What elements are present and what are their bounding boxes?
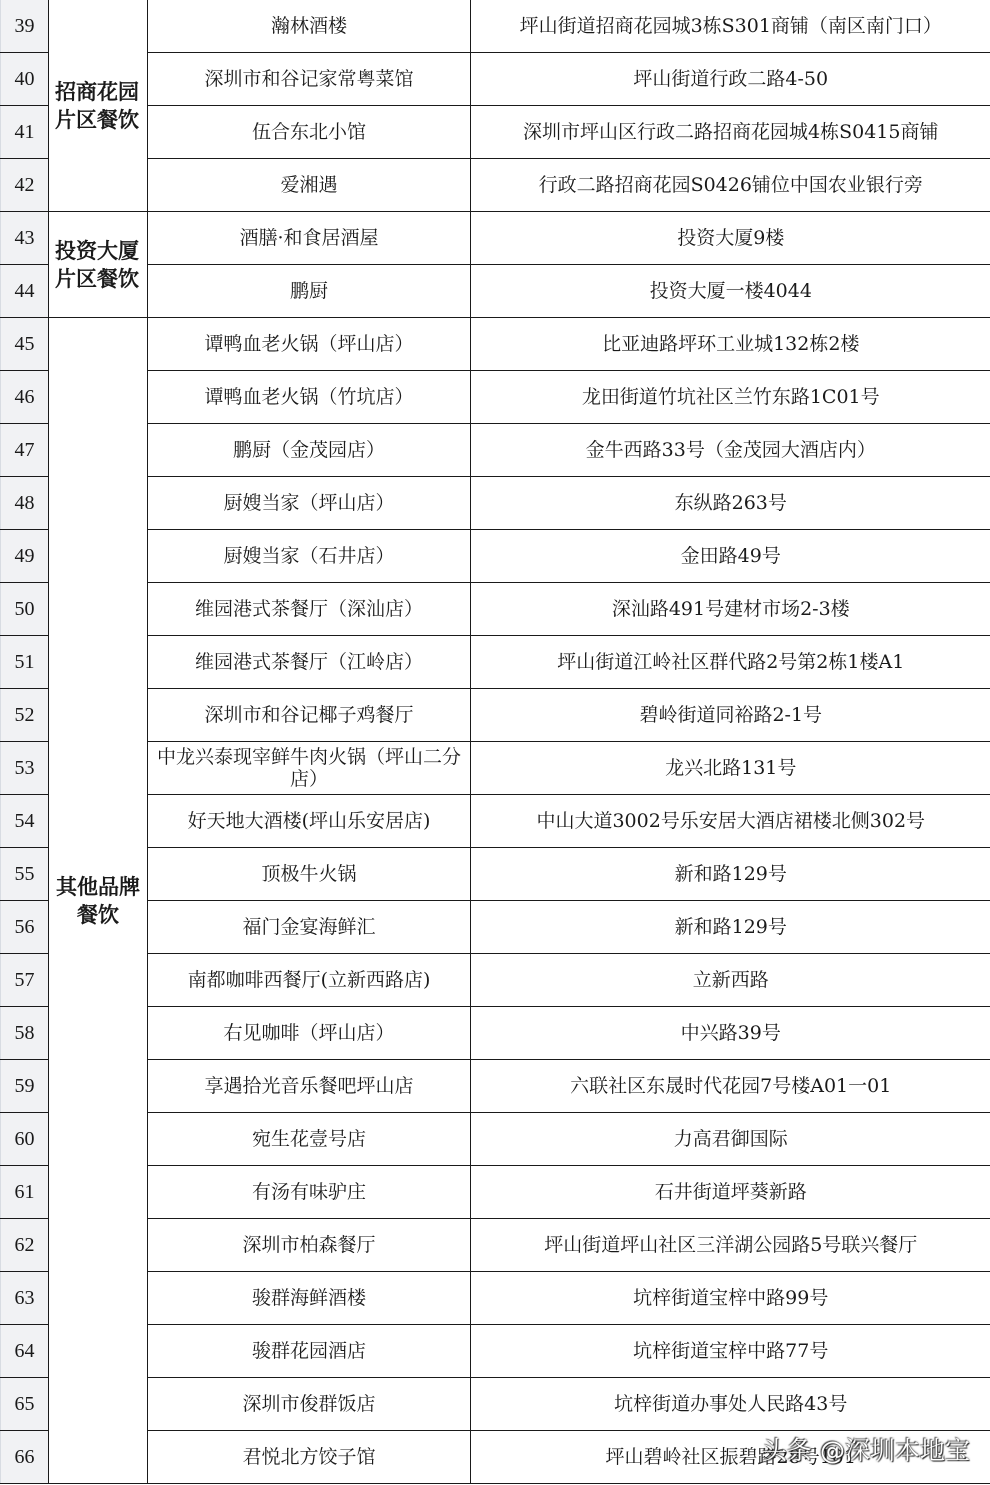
- restaurant-address: 力高君御国际: [471, 1113, 990, 1166]
- restaurant-address: 坪山街道行政二路4-50: [471, 53, 990, 106]
- table-row: 42 爱湘遇 行政二路招商花园S0426铺位中国农业银行旁: [1, 159, 990, 212]
- restaurant-name: 中龙兴泰现宰鲜牛肉火锅（坪山二分店）: [148, 742, 471, 795]
- row-number: 47: [1, 424, 49, 477]
- row-number: 53: [1, 742, 49, 795]
- restaurant-name: 深圳市和谷记家常粤菜馆: [148, 53, 471, 106]
- category-cell: 投资大厦片区餐饮: [49, 212, 148, 318]
- table-row: 41 伍合东北小馆 深圳市坪山区行政二路招商花园城4栋S0415商铺: [1, 106, 990, 159]
- row-number: 58: [1, 1007, 49, 1060]
- row-number: 63: [1, 1272, 49, 1325]
- restaurant-name: 谭鸭血老火锅（竹坑店）: [148, 371, 471, 424]
- restaurant-address: 龙兴北路131号: [471, 742, 990, 795]
- restaurant-list-table: 39 招商花园片区餐饮 瀚林酒楼 坪山街道招商花园城3栋S301商铺（南区南门口…: [0, 0, 990, 1484]
- table-row: 53 中龙兴泰现宰鲜牛肉火锅（坪山二分店） 龙兴北路131号: [1, 742, 990, 795]
- table-row: 39 招商花园片区餐饮 瀚林酒楼 坪山街道招商花园城3栋S301商铺（南区南门口…: [1, 0, 990, 53]
- table-row: 57 南都咖啡西餐厅(立新西路店) 立新西路: [1, 954, 990, 1007]
- restaurant-name: 福门金宴海鲜汇: [148, 901, 471, 954]
- restaurant-name: 深圳市柏森餐厅: [148, 1219, 471, 1272]
- row-number: 51: [1, 636, 49, 689]
- restaurant-address: 坪山街道坪山社区三洋湖公园路5号联兴餐厅: [471, 1219, 990, 1272]
- table-row: 44 鹏厨 投资大厦一楼4044: [1, 265, 990, 318]
- restaurant-address: 石井街道坪葵新路: [471, 1166, 990, 1219]
- table-row: 48 厨嫂当家（坪山店） 东纵路263号: [1, 477, 990, 530]
- row-number: 65: [1, 1378, 49, 1431]
- row-number: 61: [1, 1166, 49, 1219]
- restaurant-address: 金田路49号: [471, 530, 990, 583]
- restaurant-name: 酒膳·和食居酒屋: [148, 212, 471, 265]
- table-row: 54 好天地大酒楼(坪山乐安居店) 中山大道3002号乐安居大酒店裙楼北侧302…: [1, 795, 990, 848]
- row-number: 62: [1, 1219, 49, 1272]
- row-number: 43: [1, 212, 49, 265]
- restaurant-address: 东纵路263号: [471, 477, 990, 530]
- restaurant-address: 龙田街道竹坑社区兰竹东路1C01号: [471, 371, 990, 424]
- restaurant-name: 骏群海鲜酒楼: [148, 1272, 471, 1325]
- restaurant-address: 新和路129号: [471, 901, 990, 954]
- row-number: 56: [1, 901, 49, 954]
- restaurant-name: 瀚林酒楼: [148, 0, 471, 53]
- table-row: 62 深圳市柏森餐厅 坪山街道坪山社区三洋湖公园路5号联兴餐厅: [1, 1219, 990, 1272]
- table-row: 56 福门金宴海鲜汇 新和路129号: [1, 901, 990, 954]
- restaurant-address: 坑梓街道办事处人民路43号: [471, 1378, 990, 1431]
- category-cell: 其他品牌餐饮: [49, 318, 148, 1484]
- restaurant-name: 顶极牛火锅: [148, 848, 471, 901]
- row-number: 54: [1, 795, 49, 848]
- table-row: 52 深圳市和谷记椰子鸡餐厅 碧岭街道同裕路2-1号: [1, 689, 990, 742]
- restaurant-name: 南都咖啡西餐厅(立新西路店): [148, 954, 471, 1007]
- restaurant-address: 坑梓街道宝梓中路77号: [471, 1325, 990, 1378]
- restaurant-name: 鹏厨: [148, 265, 471, 318]
- row-number: 64: [1, 1325, 49, 1378]
- restaurant-address: 坪山街道江岭社区群代路2号第2栋1楼A1: [471, 636, 990, 689]
- table-row: 51 维园港式茶餐厅（江岭店） 坪山街道江岭社区群代路2号第2栋1楼A1: [1, 636, 990, 689]
- table-row: 59 享遇拾光音乐餐吧坪山店 六联社区东晟时代花园7号楼A01一01: [1, 1060, 990, 1113]
- restaurant-name: 爱湘遇: [148, 159, 471, 212]
- restaurant-address: 碧岭街道同裕路2-1号: [471, 689, 990, 742]
- restaurant-address: 坪山街道招商花园城3栋S301商铺（南区南门口）: [471, 0, 990, 53]
- category-cell: 招商花园片区餐饮: [49, 0, 148, 212]
- restaurant-address: 深圳市坪山区行政二路招商花园城4栋S0415商铺: [471, 106, 990, 159]
- table-row: 63 骏群海鲜酒楼 坑梓街道宝梓中路99号: [1, 1272, 990, 1325]
- table-row: 46 谭鸭血老火锅（竹坑店） 龙田街道竹坑社区兰竹东路1C01号: [1, 371, 990, 424]
- table-row: 65 深圳市俊群饭店 坑梓街道办事处人民路43号: [1, 1378, 990, 1431]
- restaurant-address: 行政二路招商花园S0426铺位中国农业银行旁: [471, 159, 990, 212]
- restaurant-address: 投资大厦一楼4044: [471, 265, 990, 318]
- row-number: 66: [1, 1431, 49, 1484]
- restaurant-name: 好天地大酒楼(坪山乐安居店): [148, 795, 471, 848]
- restaurant-name: 骏群花园酒店: [148, 1325, 471, 1378]
- row-number: 45: [1, 318, 49, 371]
- restaurant-name: 鹏厨（金茂园店）: [148, 424, 471, 477]
- restaurant-address: 金牛西路33号（金茂园大酒店内）: [471, 424, 990, 477]
- restaurant-name: 伍合东北小馆: [148, 106, 471, 159]
- row-number: 60: [1, 1113, 49, 1166]
- restaurant-name: 宛生花壹号店: [148, 1113, 471, 1166]
- table-row: 40 深圳市和谷记家常粤菜馆 坪山街道行政二路4-50: [1, 53, 990, 106]
- restaurant-name: 谭鸭血老火锅（坪山店）: [148, 318, 471, 371]
- restaurant-address: 立新西路: [471, 954, 990, 1007]
- restaurant-name: 有汤有味驴庄: [148, 1166, 471, 1219]
- row-number: 59: [1, 1060, 49, 1113]
- table-row: 49 厨嫂当家（石井店） 金田路49号: [1, 530, 990, 583]
- restaurant-address: 坑梓街道宝梓中路99号: [471, 1272, 990, 1325]
- row-number: 42: [1, 159, 49, 212]
- row-number: 48: [1, 477, 49, 530]
- source-watermark: 头条 @深圳本地宝: [762, 1431, 970, 1467]
- table-row: 55 顶极牛火锅 新和路129号: [1, 848, 990, 901]
- restaurant-name: 君悦北方饺子馆: [148, 1431, 471, 1484]
- table-row: 47 鹏厨（金茂园店） 金牛西路33号（金茂园大酒店内）: [1, 424, 990, 477]
- restaurant-name: 维园港式茶餐厅（江岭店）: [148, 636, 471, 689]
- restaurant-name: 享遇拾光音乐餐吧坪山店: [148, 1060, 471, 1113]
- restaurant-name: 深圳市和谷记椰子鸡餐厅: [148, 689, 471, 742]
- restaurant-name: 厨嫂当家（石井店）: [148, 530, 471, 583]
- restaurant-address: 比亚迪路坪环工业城132栋2楼: [471, 318, 990, 371]
- table-row: 58 右见咖啡（坪山店） 中兴路39号: [1, 1007, 990, 1060]
- restaurant-address: 新和路129号: [471, 848, 990, 901]
- table-row: 45 其他品牌餐饮 谭鸭血老火锅（坪山店） 比亚迪路坪环工业城132栋2楼: [1, 318, 990, 371]
- restaurant-address: 投资大厦9楼: [471, 212, 990, 265]
- category-label: 其他品牌餐饮: [53, 873, 143, 929]
- table-body: 39 招商花园片区餐饮 瀚林酒楼 坪山街道招商花园城3栋S301商铺（南区南门口…: [1, 0, 990, 1484]
- row-number: 50: [1, 583, 49, 636]
- table-row: 64 骏群花园酒店 坑梓街道宝梓中路77号: [1, 1325, 990, 1378]
- table-row: 61 有汤有味驴庄 石井街道坪葵新路: [1, 1166, 990, 1219]
- restaurant-address: 六联社区东晟时代花园7号楼A01一01: [471, 1060, 990, 1113]
- row-number: 40: [1, 53, 49, 106]
- row-number: 49: [1, 530, 49, 583]
- row-number: 46: [1, 371, 49, 424]
- table-row: 60 宛生花壹号店 力高君御国际: [1, 1113, 990, 1166]
- table-row: 43 投资大厦片区餐饮 酒膳·和食居酒屋 投资大厦9楼: [1, 212, 990, 265]
- restaurant-name: 厨嫂当家（坪山店）: [148, 477, 471, 530]
- restaurant-name: 维园港式茶餐厅（深汕店）: [148, 583, 471, 636]
- row-number: 44: [1, 265, 49, 318]
- row-number: 41: [1, 106, 49, 159]
- restaurant-address: 中山大道3002号乐安居大酒店裙楼北侧302号: [471, 795, 990, 848]
- table-row: 50 维园港式茶餐厅（深汕店） 深汕路491号建材市场2-3楼: [1, 583, 990, 636]
- restaurant-name: 深圳市俊群饭店: [148, 1378, 471, 1431]
- row-number: 52: [1, 689, 49, 742]
- row-number: 55: [1, 848, 49, 901]
- row-number: 39: [1, 0, 49, 53]
- row-number: 57: [1, 954, 49, 1007]
- restaurant-address: 深汕路491号建材市场2-3楼: [471, 583, 990, 636]
- restaurant-name: 右见咖啡（坪山店）: [148, 1007, 471, 1060]
- restaurant-address: 中兴路39号: [471, 1007, 990, 1060]
